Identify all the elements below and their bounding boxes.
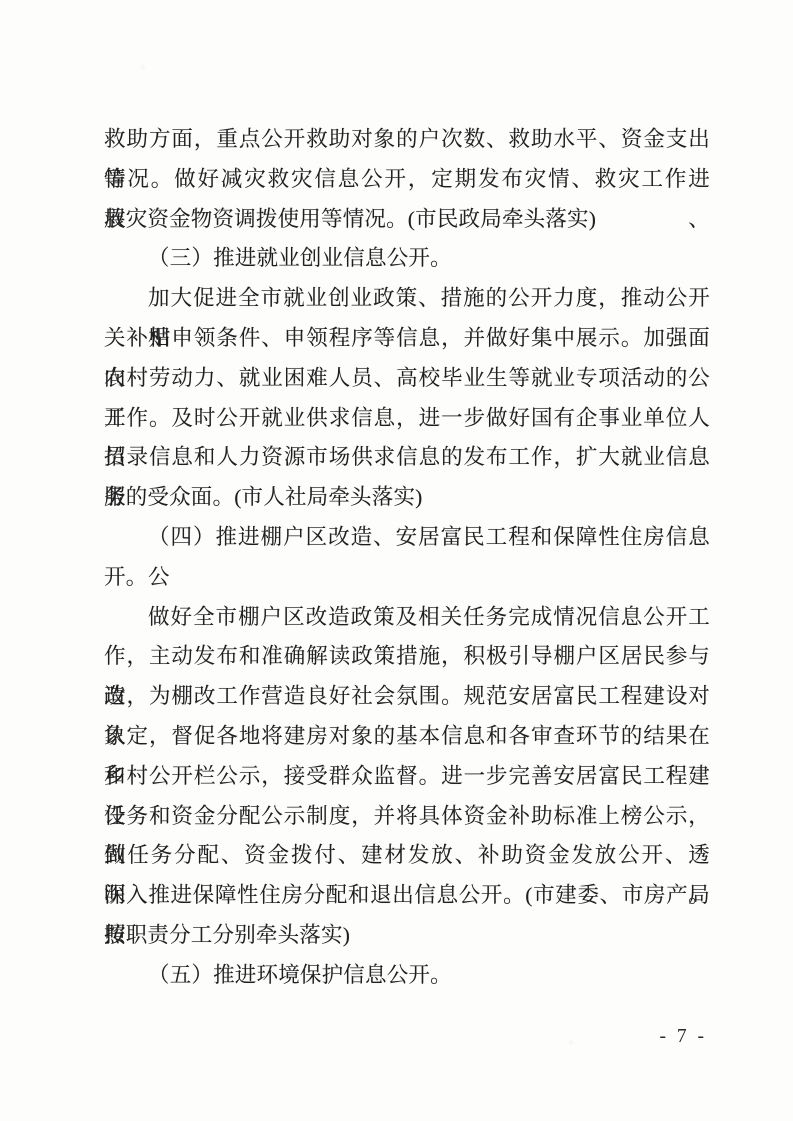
text-line: 任务和资金分配公示制度，并将具体资金补助标准上榜公示，做 xyxy=(104,797,710,837)
text-line: 救助方面，重点公开救助对象的户次数、救助水平、资金支出等 xyxy=(104,120,710,160)
text-line: 到任务分配、资金拨付、建材发放、补助资金发放公开、透明。 xyxy=(104,836,710,876)
page-number: - 7 - xyxy=(660,1026,708,1048)
text-line: 加大促进全市就业创业政策、措施的公开力度，推动公开相 xyxy=(104,279,710,319)
document-page: 救助方面，重点公开救助对象的户次数、救助水平、资金支出等情况。做好减灾救灾信息公… xyxy=(0,0,793,1121)
text-line: 深入推进保障性住房分配和退出信息公开。(市建委、市房产局按 xyxy=(104,876,710,916)
text-line: 作，主动发布和准确解读政策措施，积极引导棚户区居民参与改 xyxy=(104,637,710,677)
text-line: 招录信息和人力资源市场供求信息的发布工作，扩大就业信息服 xyxy=(104,438,710,478)
text-line: 情况。做好减灾救灾信息公开，定期发布灾情、救灾工作进展、 xyxy=(104,160,710,200)
text-line: 照职责分工分别牵头落实) xyxy=(104,916,710,956)
text-line: 认定，督促各地将建房对象的基本信息和各审查环节的结果在乡 xyxy=(104,717,710,757)
text-line: 造，为棚改工作营造良好社会氛围。规范安居富民工程建设对象 xyxy=(104,677,710,717)
text-line: 农村劳动力、就业困难人员、高校毕业生等就业专项活动的公开 xyxy=(104,359,710,399)
text-line: （四）推进棚户区改造、安居富民工程和保障性住房信息公 xyxy=(104,518,710,558)
text-line: （五）推进环境保护信息公开。 xyxy=(104,956,710,996)
text-line: 工作。及时公开就业供求信息，进一步做好国有企事业单位人员 xyxy=(104,399,710,439)
text-line: （三）推进就业创业信息公开。 xyxy=(104,239,710,279)
text-line: 务的受众面。(市人社局牵头落实) xyxy=(104,478,710,518)
text-line: 和村公开栏公示，接受群众监督。进一步完善安居富民工程建设 xyxy=(104,757,710,797)
text-line: 关补贴申领条件、申领程序等信息，并做好集中展示。加强面向 xyxy=(104,319,710,359)
document-body-text: 救助方面，重点公开救助对象的户次数、救助水平、资金支出等情况。做好减灾救灾信息公… xyxy=(104,120,710,996)
text-line: 开。 xyxy=(104,558,710,598)
text-line: 做好全市棚户区改造政策及相关任务完成情况信息公开工 xyxy=(104,598,710,638)
